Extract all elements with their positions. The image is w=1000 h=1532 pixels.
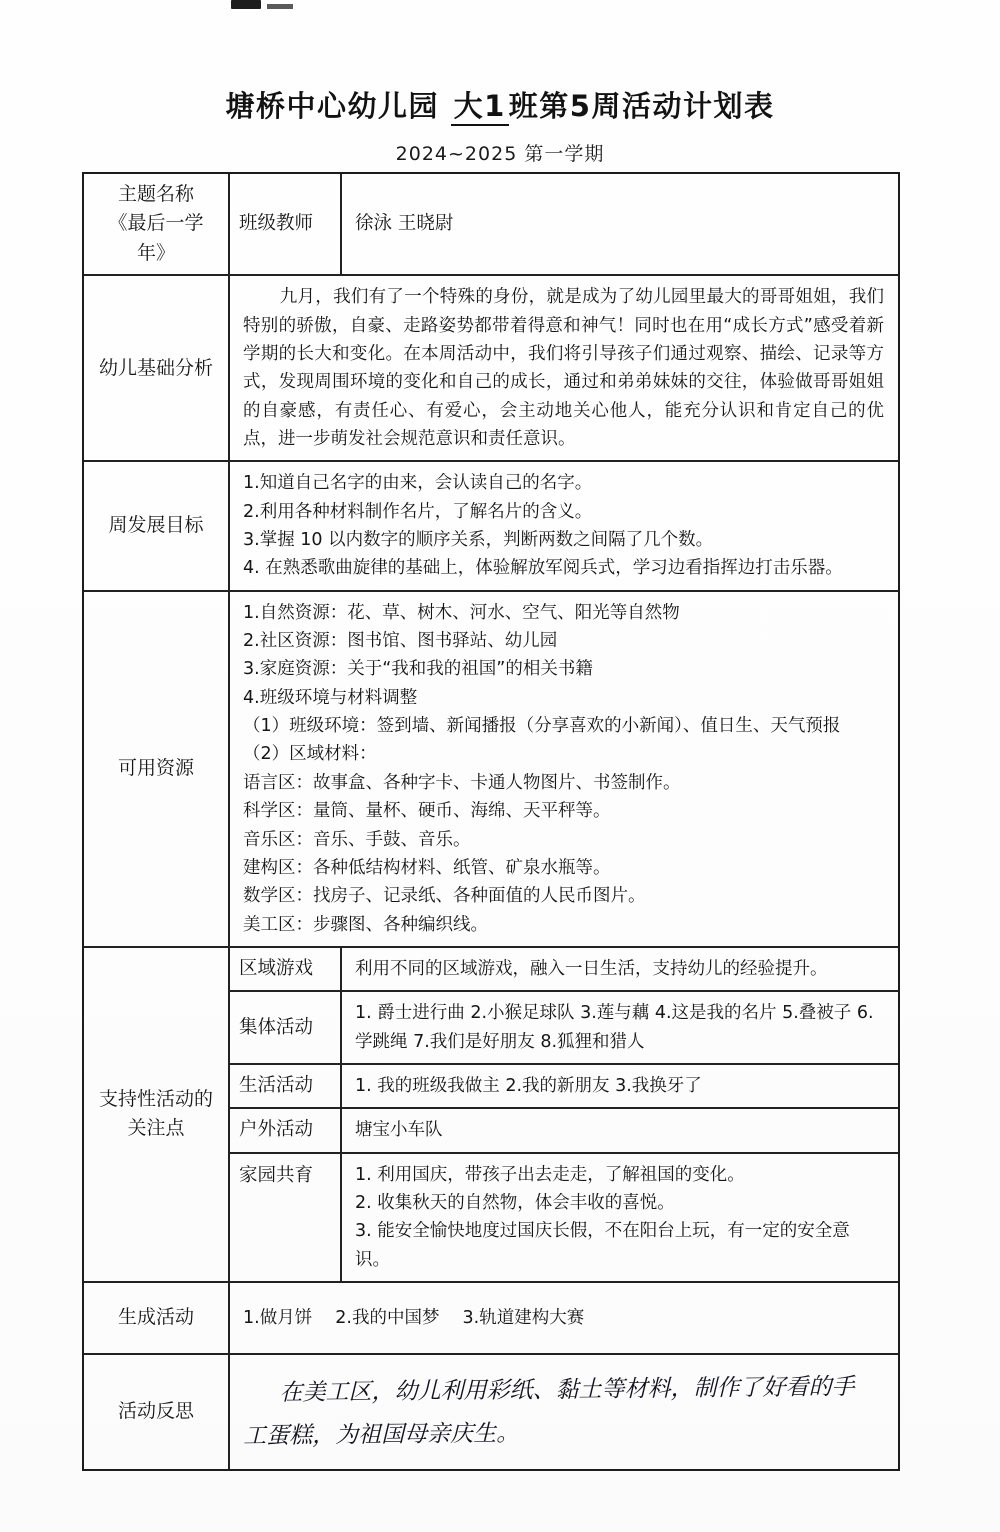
goals-list-cell: 1.知道自己名字的由来，会认读自己的名字。2.利用各种材料制作名片，了解名片的含… xyxy=(230,462,898,589)
subrow-life-activities: 生活活动 1. 我的班级我做主 2.我的新朋友 3.我换牙了 xyxy=(230,1063,898,1107)
title-school: 塘桥中心幼儿园 xyxy=(226,89,451,123)
scanned-document-page: 塘桥中心幼儿园 大1班第5周活动计划表 2024~2025 第一学期 主题名称《… xyxy=(0,0,1000,1532)
support-subrows: 区域游戏 利用不同的区域游戏，融入一日生活，支持幼儿的经验提升。 集体活动 1.… xyxy=(230,948,898,1281)
table-row-support: 支持性活动的关注点 区域游戏 利用不同的区域游戏，融入一日生活，支持幼儿的经验提… xyxy=(84,946,898,1281)
analysis-label-cell: 幼儿基础分析 xyxy=(84,276,230,460)
reflection-handwriting: 在美工区，幼儿利用彩纸、黏土等材料，制作了好看的手工蛋糕，为祖国母亲庆生。 xyxy=(229,1351,898,1472)
region-games-content: 利用不同的区域游戏，融入一日生活，支持幼儿的经验提升。 xyxy=(342,948,898,990)
resources-label-cell: 可用资源 xyxy=(84,592,230,946)
home-coeducation-label: 家园共育 xyxy=(230,1154,342,1281)
table-row-resources: 可用资源 1.自然资源：花、草、树木、河水、空气、阳光等自然物2.社区资源：图书… xyxy=(84,590,898,946)
table-row-analysis: 幼儿基础分析 九月，我们有了一个特殊的身份，就是成为了幼儿园里最大的哥哥姐姐，我… xyxy=(84,274,898,460)
table-row-generated: 生成活动 1.做月饼 2.我的中国梦 3.轨道建构大赛 xyxy=(84,1281,898,1353)
outdoor-activities-label: 户外活动 xyxy=(230,1109,342,1151)
analysis-text-cell: 九月，我们有了一个特殊的身份，就是成为了幼儿园里最大的哥哥姐姐，我们特别的骄傲，… xyxy=(230,276,898,460)
subrow-group-activities: 集体活动 1. 爵士进行曲 2.小猴足球队 3.莲与藕 4.这是我的名片 5.叠… xyxy=(230,990,898,1063)
generated-text-cell: 1.做月饼 2.我的中国梦 3.轨道建构大赛 xyxy=(230,1283,898,1353)
title-class-underlined: 大1 xyxy=(451,89,509,126)
home-coeducation-content: 1. 利用国庆，带孩子出去走走，了解祖国的变化。2. 收集秋天的自然物，体会丰收… xyxy=(342,1154,898,1281)
support-label-cell: 支持性活动的关注点 xyxy=(84,948,230,1281)
life-activities-label: 生活活动 xyxy=(230,1065,342,1107)
teacher-names-cell: 徐泳 王晓尉 xyxy=(342,174,898,274)
table-row-reflection: 活动反思 在美工区，幼儿利用彩纸、黏土等材料，制作了好看的手工蛋糕，为祖国母亲庆… xyxy=(84,1353,898,1469)
title-rest: 班第5周活动计划表 xyxy=(509,89,775,123)
subrow-home-coeducation: 家园共育 1. 利用国庆，带孩子出去走走，了解祖国的变化。2. 收集秋天的自然物… xyxy=(230,1152,898,1281)
table-row-theme: 主题名称《最后一学年》 班级教师 徐泳 王晓尉 xyxy=(84,174,898,274)
table-row-goals: 周发展目标 1.知道自己名字的由来，会认读自己的名字。2.利用各种材料制作名片，… xyxy=(84,460,898,589)
subrow-region-games: 区域游戏 利用不同的区域游戏，融入一日生活，支持幼儿的经验提升。 xyxy=(230,948,898,990)
group-activities-content: 1. 爵士进行曲 2.小猴足球队 3.莲与藕 4.这是我的名片 5.叠被子 6.… xyxy=(342,992,898,1063)
reflection-label-cell: 活动反思 xyxy=(84,1355,230,1469)
generated-label-cell: 生成活动 xyxy=(84,1283,230,1353)
goals-label-cell: 周发展目标 xyxy=(84,462,230,589)
analysis-paragraph: 九月，我们有了一个特殊的身份，就是成为了幼儿园里最大的哥哥姐姐，我们特别的骄傲，… xyxy=(243,283,884,453)
activity-plan-table: 主题名称《最后一学年》 班级教师 徐泳 王晓尉 幼儿基础分析 九月，我们有了一个… xyxy=(82,172,900,1471)
theme-label-cell: 主题名称《最后一学年》 xyxy=(84,174,230,274)
teacher-label-cell: 班级教师 xyxy=(230,174,342,274)
outdoor-activities-content: 塘宝小车队 xyxy=(342,1109,898,1151)
group-activities-label: 集体活动 xyxy=(230,992,342,1063)
semester-subtitle: 2024~2025 第一学期 xyxy=(0,139,1000,166)
document-title: 塘桥中心幼儿园 大1班第5周活动计划表 xyxy=(0,84,1000,125)
life-activities-content: 1. 我的班级我做主 2.我的新朋友 3.我换牙了 xyxy=(342,1065,898,1107)
region-games-label: 区域游戏 xyxy=(230,948,342,990)
ink-smudge-mark xyxy=(231,0,261,9)
subrow-outdoor-activities: 户外活动 塘宝小车队 xyxy=(230,1107,898,1151)
resources-list-cell: 1.自然资源：花、草、树木、河水、空气、阳光等自然物2.社区资源：图书馆、图书驿… xyxy=(230,592,898,946)
